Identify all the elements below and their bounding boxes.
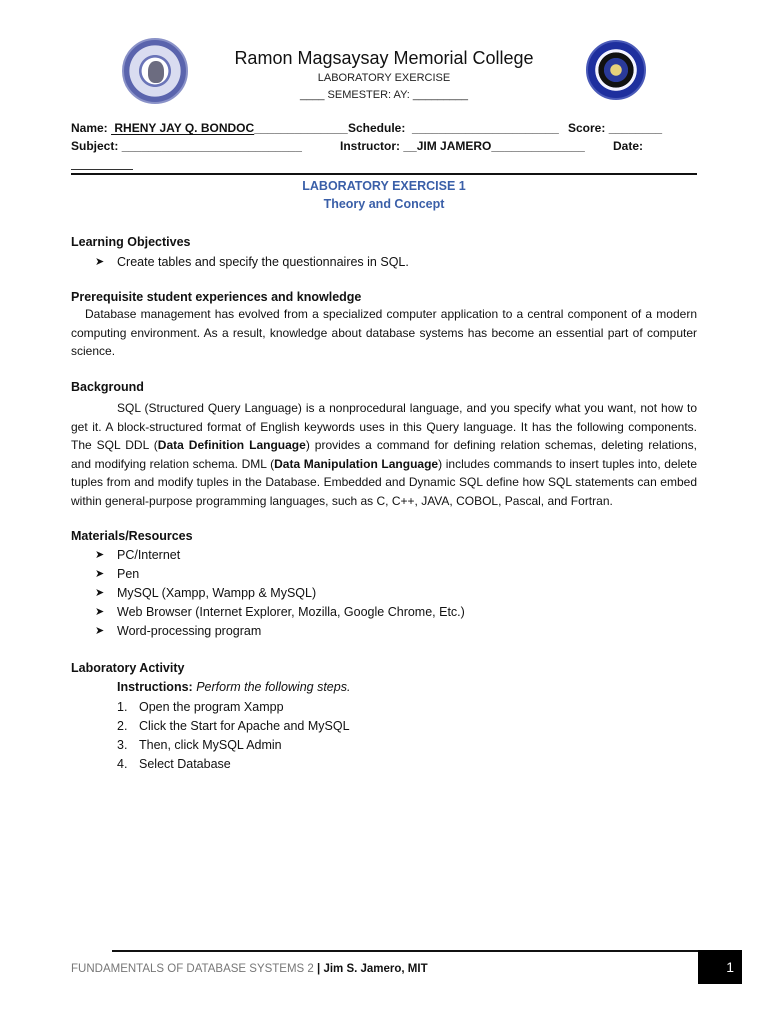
date-field: Date:: [613, 139, 643, 153]
footer-course: FUNDAMENTALS OF DATABASE SYSTEMS 2: [71, 963, 314, 975]
instructions-text: Perform the following steps.: [196, 680, 350, 694]
document-type: LABORATORY EXERCISE: [0, 72, 768, 84]
learning-objectives-heading: Learning Objectives: [71, 235, 190, 249]
footer-author: Jim S. Jamero, MIT: [323, 963, 427, 975]
arrow-bullet-icon: ➤: [95, 253, 104, 272]
exercise-subtitle: Theory and Concept: [0, 197, 768, 211]
list-item: ➤MySQL (Xampp, Wampp & MySQL): [95, 584, 465, 603]
learning-objectives-list: ➤Create tables and specify the questionn…: [95, 253, 409, 272]
footer-divider: [112, 950, 742, 952]
dml-term: Data Manipulation Language: [274, 457, 438, 471]
semester-line: ____ SEMESTER: AY: _________: [0, 89, 768, 101]
instructions: Instructions: Perform the following step…: [117, 680, 350, 694]
arrow-bullet-icon: ➤: [95, 546, 104, 565]
instructions-label: Instructions:: [117, 680, 193, 694]
name-field: Name: RHENY JAY Q. BONDOC______________: [71, 121, 348, 135]
name-label: Name:: [71, 121, 108, 135]
prerequisite-text: Database management has evolved from a s…: [71, 305, 697, 361]
list-item: ➤Web Browser (Internet Explorer, Mozilla…: [95, 603, 465, 622]
schedule-field: Schedule: ______________________: [348, 121, 559, 135]
college-name: Ramon Magsaysay Memorial College: [0, 48, 768, 69]
name-value: RHENY JAY Q. BONDOC: [111, 121, 254, 135]
ddl-term: Data Definition Language: [158, 438, 306, 452]
footer-text: FUNDAMENTALS OF DATABASE SYSTEMS 2 | Jim…: [71, 963, 428, 975]
instructor-label: Instructor:: [340, 139, 400, 153]
arrow-bullet-icon: ➤: [95, 622, 104, 641]
arrow-bullet-icon: ➤: [95, 603, 104, 622]
schedule-blank: ______________________: [412, 121, 559, 135]
subject-blank: ___________________________: [122, 139, 302, 153]
score-blank: ________: [609, 121, 662, 135]
arrow-bullet-icon: ➤: [95, 565, 104, 584]
list-item: ➤PC/Internet: [95, 546, 465, 565]
list-item: ➤Pen: [95, 565, 465, 584]
subject-field: Subject: ___________________________: [71, 139, 302, 153]
steps-list: 1.Open the program Xampp 2.Click the Sta…: [117, 698, 350, 774]
background-text: SQL (Structured Query Language) is a non…: [71, 399, 697, 510]
instructor-blank: ______________: [491, 139, 584, 153]
instructor-value: __JIM JAMERO: [403, 139, 491, 153]
exercise-title: LABORATORY EXERCISE 1: [0, 179, 768, 193]
step-item: 2.Click the Start for Apache and MySQL: [117, 717, 350, 736]
list-item: ➤Word-processing program: [95, 622, 465, 641]
subject-label: Subject:: [71, 139, 118, 153]
date-blank-rule: [71, 169, 133, 170]
score-label: Score:: [568, 121, 605, 135]
step-item: 3.Then, click MySQL Admin: [117, 736, 350, 755]
prerequisite-heading: Prerequisite student experiences and kno…: [71, 290, 361, 304]
step-item: 4.Select Database: [117, 755, 350, 774]
page-number: 1: [698, 950, 742, 984]
header-divider: [71, 173, 697, 175]
date-label: Date:: [613, 139, 643, 153]
name-blank: ______________: [254, 121, 347, 135]
instructor-field: Instructor: __JIM JAMERO______________: [340, 139, 585, 153]
step-item: 1.Open the program Xampp: [117, 698, 350, 717]
materials-heading: Materials/Resources: [71, 529, 193, 543]
lab-activity-heading: Laboratory Activity: [71, 661, 184, 675]
materials-list: ➤PC/Internet ➤Pen ➤MySQL (Xampp, Wampp &…: [95, 546, 465, 641]
schedule-label: Schedule:: [348, 121, 405, 135]
list-item: ➤Create tables and specify the questionn…: [95, 253, 409, 272]
score-field: Score: ________: [568, 121, 662, 135]
background-heading: Background: [71, 380, 144, 394]
arrow-bullet-icon: ➤: [95, 584, 104, 603]
